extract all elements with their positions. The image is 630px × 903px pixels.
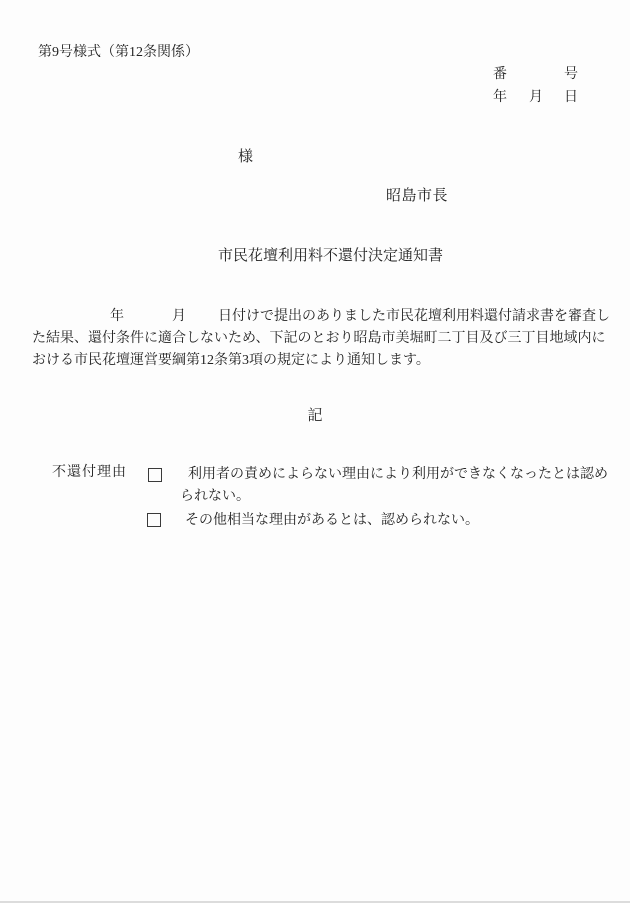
- date-year-label: 年: [493, 90, 507, 106]
- form-style-label: 第9号様式（第12条関係）: [38, 45, 199, 61]
- body-line1-month-label: 月: [172, 309, 186, 325]
- sender-name: 昭島市長: [386, 188, 448, 205]
- reason-item-line: 利用者の責めによらない理由により利用ができなくなったとは認め: [180, 464, 608, 486]
- doc-number-label: 番: [493, 67, 507, 83]
- checkbox-icon: [147, 513, 161, 527]
- reason-item-line: られない。: [180, 486, 608, 508]
- recipient-honorific: 様: [238, 149, 253, 166]
- date-month-label: 月: [529, 90, 543, 106]
- document-title: 市民花壇利用料不還付決定通知書: [218, 248, 443, 265]
- document-page: 第9号様式（第12条関係） 番 号 年 月 日 様 昭島市長 市民花壇利用料不還…: [0, 0, 630, 903]
- section-marker: 記: [0, 408, 630, 425]
- reason-item: その他相当な理由があるとは、認められない。: [185, 510, 479, 532]
- body-line1-text: 日付けで提出のありました市民花壇利用料還付請求書を審査し: [218, 309, 610, 325]
- reason-item: 利用者の責めによらない理由により利用ができなくなったとは認め られない。: [180, 464, 608, 508]
- doc-number-unit: 号: [564, 67, 578, 83]
- reason-label: 不還付理由: [52, 465, 127, 481]
- body-line2-text: た結果、還付条件に適合しないため、下記のとおり昭島市美堀町二丁目及び三丁目地域内…: [32, 331, 605, 347]
- date-day-label: 日: [564, 90, 578, 106]
- reason-item-line: その他相当な理由があるとは、認められない。: [185, 510, 479, 532]
- body-line1-year-label: 年: [110, 309, 124, 325]
- body-line3-text: おける市民花壇運営要綱第12条第3項の規定により通知します。: [32, 353, 430, 369]
- checkbox-icon: [148, 468, 162, 482]
